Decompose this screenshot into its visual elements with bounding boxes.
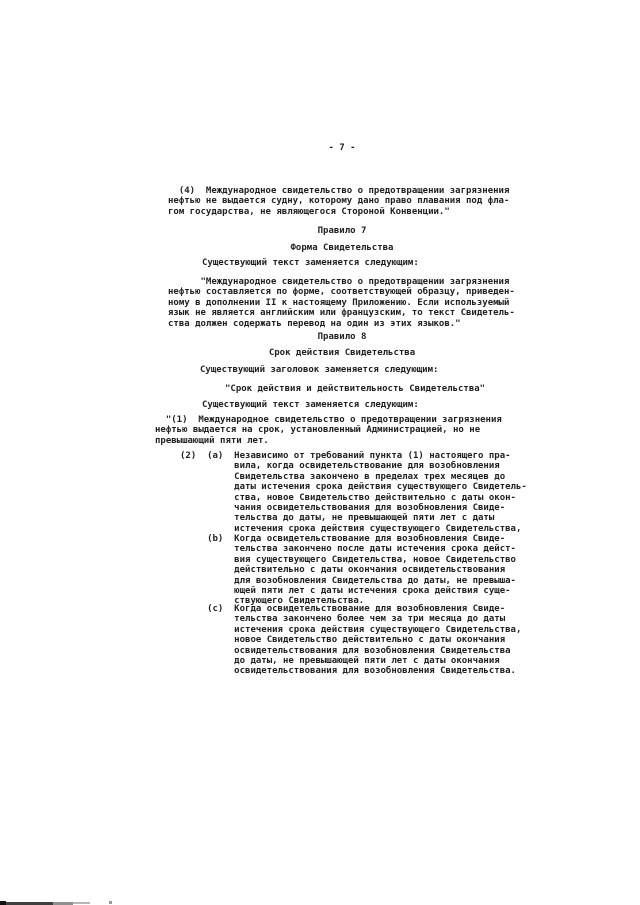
- scan-artifact-line-light: [73, 902, 90, 904]
- rule-8-paragraph-1: "(1) Международное свидетельство о предо…: [155, 415, 502, 446]
- rule-8-heading-replace-note: Существующий заголовок заменяется следую…: [200, 365, 438, 375]
- rule-8-quoted-heading: "Срок действия и действительность Свидет…: [225, 384, 485, 394]
- rule-8-paragraph-2a: (2) (a) Независимо от требований пункта …: [180, 451, 527, 534]
- page-number: - 7 -: [140, 143, 544, 153]
- rule-8-paragraph-2c: (c) Когда освидетельствование для возобн…: [180, 604, 521, 677]
- rule-7-subtitle: Форма Свидетельства: [140, 243, 544, 253]
- scan-artifact-tick: [109, 901, 112, 904]
- rule-8-paragraph-2b: (b) Когда освидетельствование для возобн…: [180, 534, 516, 607]
- scan-artifact-line-mid: [6, 902, 53, 905]
- rule-8-text-replace-note: Существующий текст заменяется следующим:: [202, 400, 419, 410]
- document-page: - 7 - (4) Международное свидетельство о …: [0, 0, 640, 905]
- rule-8-title: Правило 8: [140, 332, 544, 342]
- rule-7-title: Правило 7: [140, 226, 544, 236]
- scan-artifact-line-gray: [53, 902, 73, 905]
- rule-8-subtitle: Срок действия Свидетельства: [140, 348, 544, 358]
- paragraph-4: (4) Международное свидетельство о предот…: [168, 186, 509, 217]
- rule-7-quoted-text: "Международное свидетельство о предотвра…: [168, 277, 515, 329]
- rule-7-replace-note: Существующий текст заменяется следующим:: [202, 258, 419, 268]
